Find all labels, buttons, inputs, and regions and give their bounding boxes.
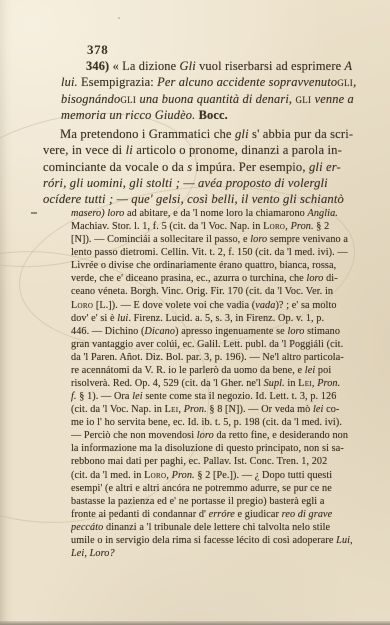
text-segment: Loro (144, 470, 166, 481)
text-segment: venne a (311, 92, 353, 106)
text-segment: ) apresso ingenuamente se (175, 326, 287, 337)
text-segment: § 2 [Pe.]). — ¿ Dopo tutti questi (195, 470, 333, 481)
text-segment: lei (132, 391, 142, 402)
book-page-scan: 378 346) « La dizione Gli vuol riserbars… (0, 0, 390, 625)
text-segment: gli (235, 127, 249, 141)
text-segment: [N]). — Cominciái a sollecitare il passo… (71, 234, 250, 245)
text-segment: memoria un ricco Giudèo. (61, 108, 195, 122)
text-segment: lui (117, 313, 128, 324)
text-segment: sente come sta il negozio. Id. Lett. t. … (143, 391, 337, 402)
text-segment: « La dizione (113, 59, 180, 73)
text-line: fronte ai pedanti di condannar d' erróre… (71, 508, 390, 521)
text-segment: di- (323, 273, 337, 284)
text-segment: stimano (304, 326, 340, 337)
body-paragraph: Ma pretendono i Grammatici che gli s' ab… (43, 126, 390, 207)
text-segment: Machiav. Stor. l. 1, f. 5 (cit. da 'l Vo… (71, 221, 263, 232)
text-line: f. § 1). — Ora lei sente come sta il neg… (71, 390, 390, 403)
text-line: me io l' ho servita bene, ec. Id. ib. t.… (71, 416, 390, 429)
text-segment: Supl. (264, 378, 285, 389)
text-segment: rebbono mai dati per paghi, ec. Pallav. … (71, 456, 327, 467)
text-segment: impúra. Per esempio, (192, 160, 309, 174)
text-segment: verde, che e' diceano prasina, ec., azur… (71, 273, 306, 284)
text-line: Machiav. Stor. l. 1, f. 5 (cit. da 'l Vo… (71, 220, 390, 233)
text-segment: Dicano (144, 326, 175, 337)
text-line: da 'l Paren. Añot. Diz. Bol. par. 3, p. … (71, 351, 390, 364)
text-segment: gli er- (309, 160, 341, 174)
text-segment: lento passo dietromi. Cellin. Vit. t. 2,… (71, 247, 348, 258)
text-line: rebbono mai dati per paghi, ec. Pallav. … (71, 455, 390, 468)
text-segment: A (345, 59, 353, 73)
text-segment: Esempigrazia: (78, 75, 157, 89)
text-line: peccáto dinanzi a 'l tribunale dele lett… (71, 521, 390, 534)
text-segment: 346) (86, 59, 113, 73)
text-segment: Lui, (336, 535, 353, 546)
text-line: masero) loro ad abitare, e da 'l nome lo… (71, 207, 390, 220)
text-line: (cit. da 'l Voc. Nap. in Lei, Pron. § 8 … (71, 403, 390, 416)
text-segment: bastasse la pazienza ed e' ne portasse i… (71, 496, 324, 507)
text-segment: gli (337, 75, 353, 89)
text-segment: esempi' (e altri e altri ancóra ne potre… (71, 483, 332, 494)
text-line: Livrée o divise che ordinariamente érano… (71, 259, 390, 272)
text-segment: Loro (71, 300, 93, 311)
text-segment: re acennátomi da V. R. io le parlerò da … (71, 365, 305, 376)
text-segment: (cit. da 'l med. in (71, 470, 144, 481)
text-segment: li (126, 143, 133, 157)
text-segment: loro (197, 430, 214, 441)
text-segment: )? ; e' sa molto (275, 300, 336, 311)
text-segment: da 'l Paren. Añot. Diz. Bol. par. 3, p. … (71, 352, 344, 363)
text-segment: dov' e' si è (71, 313, 117, 324)
page-bottom-edge (0, 621, 390, 625)
section-quote-paragraph: 346) « La dizione Gli vuol riserbarsi ad… (61, 58, 390, 124)
text-line: ceano véneta. Borgh. Vinc. Orig. Fir. 17… (71, 285, 390, 298)
text-segment: fronte ai pedanti di condannar d' (71, 509, 209, 520)
text-segment: [L.]). — E dove volete voi che vadia ( (93, 300, 255, 311)
text-segment: vuol riserbarsi ad esprimere (196, 59, 345, 73)
text-segment: poi (315, 365, 331, 376)
text-line: umile o in servigio dela rima si facesse… (71, 534, 390, 547)
text-line: dov' e' si è lui. Firenz. Lucid. a. 5, s… (71, 312, 390, 325)
text-segment: bisognándo (61, 92, 120, 106)
text-line: risolverà. Red. Op. 4, 529 (cit. da 'l G… (71, 377, 390, 390)
text-line: lui. Esempigrazia: Per alcuno accidente … (61, 74, 390, 90)
text-segment: Bocc. (195, 108, 228, 122)
text-segment: ad abitare, e da 'l nome loro la chiamar… (124, 208, 307, 219)
text-segment: vada (255, 300, 275, 311)
text-segment: — Perciò che non movendosi (71, 430, 197, 441)
text-segment: loro (250, 234, 267, 245)
text-segment: masero) loro (71, 208, 124, 219)
text-line: ocídere tutti ; — que' gelsi, così belli… (43, 191, 390, 207)
text-segment: umile o in servigio dela rima si facesse… (71, 535, 336, 546)
text-segment: vere, in vece di (43, 143, 126, 157)
text-segment: § 8 [N]). — Or veda mò (207, 404, 313, 415)
text-segment: peccáto (71, 522, 103, 533)
text-segment: Pron. (317, 378, 340, 389)
text-segment: , (353, 75, 356, 89)
text-line: re acennátomi da V. R. io le parlerò da … (71, 364, 390, 377)
text-segment: Loro (263, 221, 285, 232)
text-segment: Livrée o divise che ordinariamente érano… (71, 260, 336, 271)
text-segment: róri, gli uomini, gli stolti ; — avéa pr… (43, 176, 328, 190)
text-line: la informazione ma la disoluzione di que… (71, 442, 390, 455)
text-line: esempi' (e altri e altri ancóra ne potre… (71, 482, 390, 495)
text-line: Loro [L.]). — E dove volete voi che vadi… (71, 299, 390, 312)
text-segment: § 2 (314, 221, 330, 232)
text-segment: dinanzi a 'l tribunale dele lettere chi … (103, 522, 330, 533)
text-line: lento passo dietromi. Cellin. Vit. t. 2,… (71, 246, 390, 259)
text-segment: Anglia. (308, 208, 338, 219)
text-segment: § 1). — Ora (77, 391, 133, 402)
text-segment: Pron. (172, 470, 195, 481)
text-segment: lui. (61, 75, 78, 89)
text-segment: Lei, Loro? (71, 548, 115, 559)
text-segment: Gli (180, 59, 196, 73)
text-line: róri, gli uomini, gli stolti ; — avéa pr… (43, 175, 390, 191)
text-segment: lei (313, 404, 323, 415)
text-segment: risolverà. Red. Op. 4, 529 (cit. da 'l G… (71, 378, 264, 389)
text-segment: Lei (298, 378, 312, 389)
text-line: Lei, Loro? (71, 547, 390, 560)
text-segment: ocídere tutti ; — que' gelsi, così belli… (43, 192, 344, 206)
footnote-block: masero) loro ad abitare, e da 'l nome lo… (71, 207, 390, 560)
text-segment: Per alcuno accidente sopravvenuto (157, 75, 337, 89)
text-segment: Ma pretendono i Grammatici che (60, 127, 235, 141)
text-line: gran vantaggio aver colúi, ec. Galil. Le… (71, 338, 390, 351)
text-segment: reo di grave (282, 509, 333, 520)
text-line: bastasse la pazienza ed e' ne portasse i… (71, 495, 390, 508)
text-line: Ma pretendono i Grammatici che gli s' ab… (43, 126, 390, 142)
text-segment: (cit. da 'l Voc. Nap. in (71, 404, 165, 415)
text-segment: loro (287, 326, 304, 337)
text-line: 346) « La dizione Gli vuol riserbarsi ad… (61, 58, 390, 74)
text-segment: 446. — Dichino ( (71, 326, 144, 337)
text-line: 446. — Dichino (Dicano) apresso ingenuam… (71, 325, 390, 338)
text-segment: in (285, 378, 298, 389)
text-segment: . Firenz. Lucid. a. 5, s. 3, in Firenz. … (128, 313, 324, 324)
text-line: vere, in vece di li articolo o pronome, … (43, 142, 390, 158)
text-segment: erróre (209, 509, 235, 520)
text-segment: s' abbia pur da scri- (249, 127, 354, 141)
text-line: memoria un ricco Giudèo. Bocc. (61, 107, 390, 123)
text-segment: Pron. (291, 221, 314, 232)
ink-speck (31, 212, 37, 214)
text-segment: Lei (165, 404, 179, 415)
text-segment: articolo o pronome, dinanzi a parola in- (133, 143, 342, 157)
text-line: bisognándogli una buona quantità di dena… (61, 91, 390, 107)
text-segment: loro (306, 273, 323, 284)
text-line: (cit. da 'l med. in Loro, Pron. § 2 [Pe.… (71, 469, 390, 482)
text-line: [N]). — Cominciái a sollecitare il passo… (71, 233, 390, 246)
text-segment: sempre venivano a (267, 234, 348, 245)
page-number: 378 (87, 42, 108, 58)
text-segment: lei (305, 365, 315, 376)
ink-speck (118, 17, 120, 19)
text-segment: ceano véneta. Borgh. Vinc. Orig. Fir. 17… (71, 286, 333, 297)
text-segment: la informazione ma la disoluzione di que… (71, 443, 344, 454)
text-segment: una buona quantità di denari, (136, 92, 295, 106)
text-line: — Perciò che non movendosi loro da retto… (71, 429, 390, 442)
text-segment: Pron. (184, 404, 207, 415)
text-segment: gli (295, 92, 311, 106)
text-segment: me io l' ho servita bene, ec. Id. ib. t.… (71, 417, 342, 428)
text-line: cominciante da vocale o da s impúra. Per… (43, 159, 390, 175)
text-segment: gran vantaggio aver colúi, ec. Galil. Le… (71, 339, 343, 350)
text-segment: cominciante da vocale o da (43, 160, 187, 174)
text-segment: co- (323, 404, 339, 415)
text-segment: e giudicar (235, 509, 282, 520)
text-segment: gli (120, 92, 136, 106)
text-line: verde, che e' diceano prasina, ec., azur… (71, 272, 390, 285)
text-segment: da retto fine, e desiderando non (214, 430, 348, 441)
